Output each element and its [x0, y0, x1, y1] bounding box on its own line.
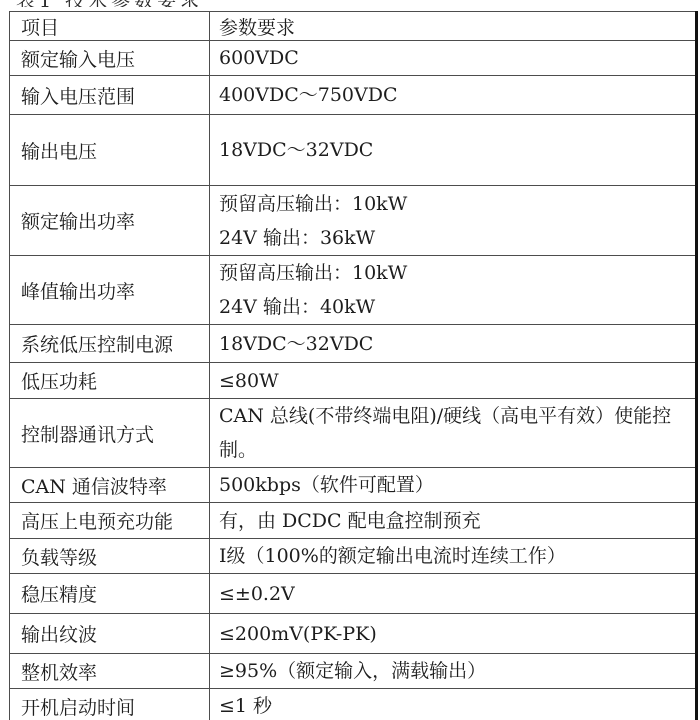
item-label: 负载等级: [21, 547, 97, 569]
table-row: 整机效率≥95%（额定输入，满载输出）: [10, 654, 697, 689]
value-cell: ≤200mV(PK-PK): [210, 614, 697, 654]
value-cell: 预留高压输出：10kW24V 输出：40kW: [210, 256, 697, 325]
table-row: 输出纹波≤200mV(PK-PK): [10, 614, 697, 654]
item-cell: 整机效率: [10, 654, 210, 689]
table-row: 负载等级Ⅰ级（100%的额定输出电流时连续工作）: [10, 539, 697, 574]
item-cell: CAN 通信波特率: [10, 468, 210, 503]
item-cell: 稳压精度: [10, 574, 210, 614]
value-cell: 400VDC～750VDC: [210, 76, 697, 115]
header-item-cell: 项目: [10, 12, 210, 41]
item-label: 输出电压: [21, 141, 97, 163]
value-line: 预留高压输出：10kW: [219, 187, 695, 221]
item-cell: 输入电压范围: [10, 76, 210, 115]
value-cell: 18VDC～32VDC: [210, 115, 697, 186]
table-row: 低压功耗≤80W: [10, 363, 697, 399]
value-cell: ≤80W: [210, 363, 697, 399]
value-cell: 18VDC～32VDC: [210, 325, 697, 363]
item-cell: 控制器通讯方式: [10, 399, 210, 468]
value-line: ≤80W: [219, 364, 695, 398]
value-line: 有，由 DCDC 配电盒控制预充: [219, 504, 695, 538]
item-cell: 峰值输出功率: [10, 256, 210, 325]
value-line: ≤1 秒: [219, 689, 695, 720]
item-label: 输出纹波: [21, 624, 97, 646]
header-value-cell: 参数要求: [210, 12, 697, 41]
item-cell: 高压上电预充功能: [10, 503, 210, 539]
value-cell: CAN 总线(不带终端电阻)/硬线（高电平有效）使能控制。: [210, 399, 697, 468]
table-row: 系统低压控制电源18VDC～32VDC: [10, 325, 697, 363]
item-cell: 额定输出功率: [10, 186, 210, 256]
value-cell: 600VDC: [210, 41, 697, 76]
table-row: 输出电压18VDC～32VDC: [10, 115, 697, 186]
table-header-row: 项目 参数要求: [10, 12, 697, 41]
value-line: ≤±0.2V: [219, 577, 695, 611]
item-label: 开机启动时间: [21, 697, 135, 719]
item-cell: 系统低压控制电源: [10, 325, 210, 363]
value-cell: Ⅰ级（100%的额定输出电流时连续工作）: [210, 539, 697, 574]
value-line: 600VDC: [219, 41, 695, 75]
table-row: 额定输出功率预留高压输出：10kW24V 输出：36kW: [10, 186, 697, 256]
clipped-page-title-text: 表1 技术参数要求: [16, 0, 276, 7]
item-label: 低压功耗: [21, 371, 97, 393]
value-line: 制。: [219, 433, 695, 467]
table-row: CAN 通信波特率500kbps（软件可配置）: [10, 468, 697, 503]
spec-table: 项目 参数要求 额定输入电压600VDC输入电压范围400VDC～750VDC输…: [9, 11, 698, 720]
table-row: 额定输入电压600VDC: [10, 41, 697, 76]
item-cell: 输出纹波: [10, 614, 210, 654]
value-line: 24V 输出：40kW: [219, 290, 695, 324]
table-row: 开机启动时间≤1 秒: [10, 689, 697, 720]
item-cell: 开机启动时间: [10, 689, 210, 720]
item-cell: 负载等级: [10, 539, 210, 574]
document-page: 表1 技术参数要求 项目 参数要求 额定输入电压600VDC输入电压范围400V…: [0, 0, 700, 720]
table-row: 稳压精度≤±0.2V: [10, 574, 697, 614]
value-cell: ≤±0.2V: [210, 574, 697, 614]
value-line: 18VDC～32VDC: [219, 133, 695, 167]
value-cell: 500kbps（软件可配置）: [210, 468, 697, 503]
item-cell: 额定输入电压: [10, 41, 210, 76]
table-row: 控制器通讯方式CAN 总线(不带终端电阻)/硬线（高电平有效）使能控制。: [10, 399, 697, 468]
item-label: 整机效率: [21, 662, 97, 684]
item-cell: 低压功耗: [10, 363, 210, 399]
value-line: ≥95%（额定输入，满载输出）: [219, 654, 695, 688]
table-row: 峰值输出功率预留高压输出：10kW24V 输出：40kW: [10, 256, 697, 325]
value-line: CAN 总线(不带终端电阻)/硬线（高电平有效）使能控: [219, 399, 695, 433]
value-cell: ≥95%（额定输入，满载输出）: [210, 654, 697, 689]
item-label: 额定输入电压: [21, 49, 135, 71]
value-line: 18VDC～32VDC: [219, 327, 695, 361]
item-label: 峰值输出功率: [21, 281, 135, 303]
value-line: 预留高压输出：10kW: [219, 256, 695, 290]
value-line: Ⅰ级（100%的额定输出电流时连续工作）: [219, 539, 695, 573]
value-line: 24V 输出：36kW: [219, 221, 695, 255]
value-cell: 有，由 DCDC 配电盒控制预充: [210, 503, 697, 539]
value-line: 500kbps（软件可配置）: [219, 468, 695, 502]
item-label: 稳压精度: [21, 584, 97, 606]
table-row: 输入电压范围400VDC～750VDC: [10, 76, 697, 115]
value-cell: 预留高压输出：10kW24V 输出：36kW: [210, 186, 697, 256]
clipped-page-title: 表1 技术参数要求: [16, 0, 276, 7]
header-item-label: 项目: [21, 17, 59, 39]
item-label: 额定输出功率: [21, 211, 135, 233]
item-label: CAN 通信波特率: [21, 476, 167, 498]
value-line: ≤200mV(PK-PK): [219, 617, 695, 651]
header-value-label: 参数要求: [219, 17, 295, 39]
item-label: 高压上电预充功能: [21, 511, 173, 533]
value-line: 400VDC～750VDC: [219, 78, 695, 112]
item-label: 输入电压范围: [21, 86, 135, 108]
item-cell: 输出电压: [10, 115, 210, 186]
item-label: 控制器通讯方式: [21, 424, 154, 446]
item-label: 系统低压控制电源: [21, 334, 173, 356]
table-row: 高压上电预充功能有，由 DCDC 配电盒控制预充: [10, 503, 697, 539]
value-cell: ≤1 秒: [210, 689, 697, 720]
